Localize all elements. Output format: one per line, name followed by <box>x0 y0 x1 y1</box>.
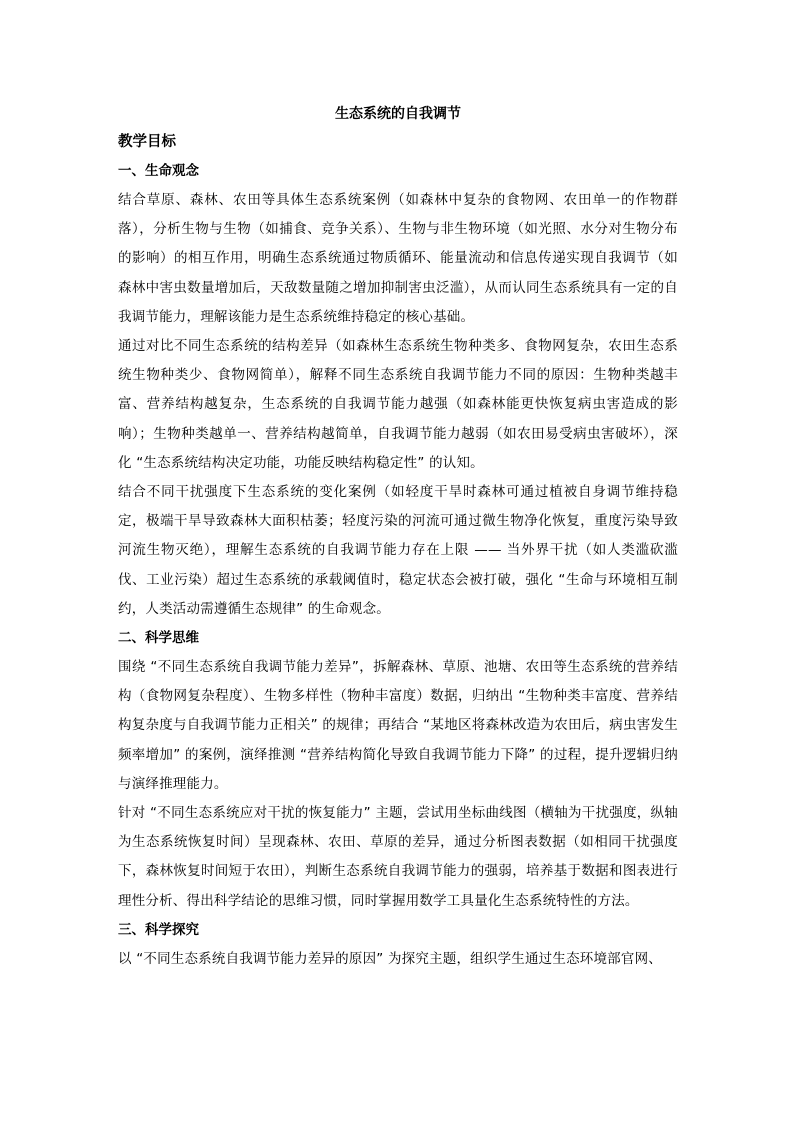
paragraph: 围绕 “不同生态系统自我调节能力差异”，拆解森林、草原、池塘、农田等生态系统的营… <box>118 653 678 799</box>
section-scientific-inquiry: 三、科学探究 以 “不同生态系统自我调节能力差异的原因” 为探究主题，组织学生通… <box>118 916 678 974</box>
section-heading-scientific-thinking: 二、科学思维 <box>118 624 678 653</box>
teaching-objectives-heading: 教学目标 <box>118 128 678 157</box>
paragraph: 以 “不同生态系统自我调节能力差异的原因” 为探究主题，组织学生通过生态环境部官… <box>118 945 678 974</box>
section-scientific-thinking: 二、科学思维 围绕 “不同生态系统自我调节能力差异”，拆解森林、草原、池塘、农田… <box>118 624 678 916</box>
document-title: 生态系统的自我调节 <box>118 100 678 128</box>
paragraph: 针对 “不同生态系统应对干扰的恢复能力” 主题，尝试用坐标曲线图（横轴为干扰强度… <box>118 799 678 916</box>
section-heading-life-concept: 一、生命观念 <box>118 157 678 186</box>
paragraph: 结合草原、森林、农田等具体生态系统案例（如森林中复杂的食物网、农田单一的作物群落… <box>118 186 678 332</box>
paragraph: 通过对比不同生态系统的结构差异（如森林生态系统生物种类多、食物网复杂，农田生态系… <box>118 332 678 478</box>
section-life-concept: 一、生命观念 结合草原、森林、农田等具体生态系统案例（如森林中复杂的食物网、农田… <box>118 157 678 624</box>
document-page: 生态系统的自我调节 教学目标 一、生命观念 结合草原、森林、农田等具体生态系统案… <box>118 100 678 974</box>
section-heading-scientific-inquiry: 三、科学探究 <box>118 916 678 945</box>
paragraph: 结合不同干扰强度下生态系统的变化案例（如轻度干旱时森林可通过植被自身调节维持稳定… <box>118 478 678 624</box>
